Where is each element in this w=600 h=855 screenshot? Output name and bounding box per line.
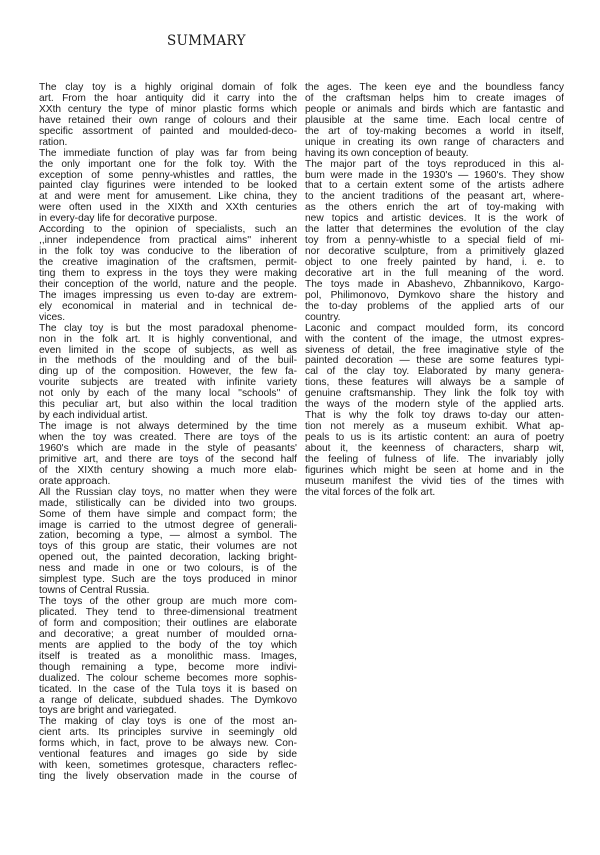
text-line: Some of them have simple and compact for… [39, 510, 297, 521]
text-line: the to-day problems of the applied arts … [305, 302, 564, 313]
summary-heading: SUMMARY [167, 33, 246, 49]
text-line: though remaining a type, become more ind… [39, 663, 297, 674]
text-line: country. [305, 313, 564, 324]
text-line: ticated. In the case of the Tula toys it… [39, 685, 297, 696]
text-line: dualized. The colour scheme becomes more… [39, 674, 297, 685]
text-line: with the content of the image, the utmos… [305, 335, 564, 346]
text-line: the vital forces of the folk art. [305, 488, 564, 499]
text-line: ely economical in material and in techni… [39, 302, 297, 313]
text-line: All the Russian clay toys, no matter whe… [39, 488, 297, 499]
text-line: having its own conception of beauty. [305, 149, 564, 160]
text-line: The clay toy is but the most paradoxal p… [39, 324, 297, 335]
text-line: ration. [39, 138, 297, 149]
text-line: the only important one for the folk toy.… [39, 160, 297, 171]
left-text-column: The clay toy is a highly original domain… [39, 83, 297, 783]
text-line: non in the folk art. It is highly conven… [39, 335, 297, 346]
text-line: The immediate function of play was far f… [39, 149, 297, 160]
text-line: specific assortment of painted and mould… [39, 127, 297, 138]
text-line: made, stilistically can be divided into … [39, 499, 297, 510]
right-text-column: the ages. The keen eye and the boundless… [305, 83, 564, 499]
text-line: ting the lively observation made in the … [39, 772, 297, 783]
text-line: The major part of the toys reproduced in… [305, 160, 564, 171]
text-line: vices. [39, 313, 297, 324]
text-line: unique in creating its own range of char… [305, 138, 564, 149]
text-line: Laconic and compact moulded form, its co… [305, 324, 564, 335]
